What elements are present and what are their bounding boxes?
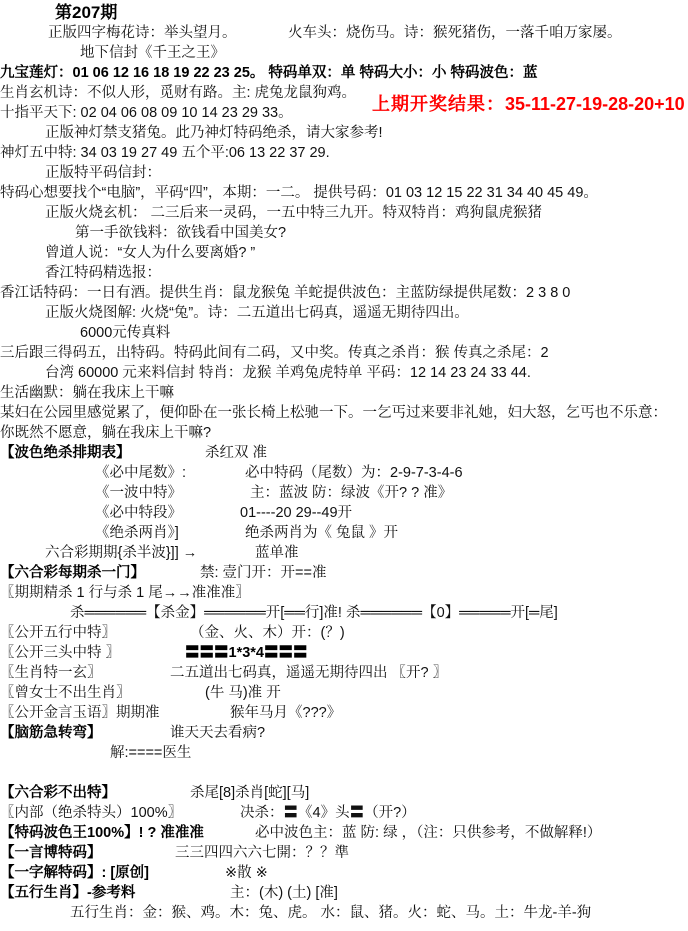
text-line [0, 763, 688, 783]
text-segment: 【五行生肖】-参考料 [0, 883, 135, 903]
text-segment: 主：蓝波 防：绿波《开? ? 准》 [250, 483, 452, 503]
text-line: 杀══════【杀金】══════开[══行]准! 杀══════【0】════… [0, 603, 688, 623]
text-segment: 绝杀两肖为《 兔鼠 》开 [245, 523, 398, 543]
text-segment: 《一波中特》 [95, 483, 182, 503]
text-line: 第207期 [0, 3, 688, 23]
text-segment: 必中特码（尾数）为：2-9-7-3-4-6 [245, 463, 463, 483]
text-line: 香江特码精选报： [0, 263, 688, 283]
text-segment: 〖公开三头中特 〗 [0, 643, 120, 663]
text-segment: 〖生肖特一玄〗 [0, 663, 102, 683]
text-segment: 某妇在公园里感觉累了，便仰卧在一张长椅上松驰一下。一乞丐过来要非礼她，妇大怒，乞… [0, 403, 667, 423]
text-line: 九宝莲灯：01 06 12 16 18 19 22 23 25。 特码单双：单 … [0, 63, 688, 83]
text-line: 正版四字梅花诗：举头望月。火车头：烧伤马。诗：猴死猪伤，一落千咱万家屡。 [0, 23, 688, 43]
text-segment: 曾道人说：“女人为什么要离婚? ” [45, 243, 255, 263]
text-line: 曾道人说：“女人为什么要离婚? ” [0, 243, 688, 263]
text-segment: 火车头：烧伤马。诗：猴死猪伤，一落千咱万家屡。 [288, 23, 622, 43]
text-line: 《必中尾数》:必中特码（尾数）为：2-9-7-3-4-6 [0, 463, 688, 483]
text-segment: 【波色绝杀排期表】 [0, 443, 131, 463]
text-segment: 二五道出七码真，遥遥无期待四出 〖开? 〗 [170, 663, 447, 683]
text-segment: 猴年马月《???》 [230, 703, 341, 723]
text-line: 生活幽默：躺在我床上干嘛 [0, 383, 688, 403]
text-line: 正版神灯禁支猪兔。此乃神灯特码绝杀，请大家参考! [0, 123, 688, 143]
text-segment: 【六合彩不出特】 [0, 783, 116, 803]
text-segment: 《必中特段》 [95, 503, 182, 523]
text-segment: （金、火、木）开：(？) [190, 623, 345, 643]
text-segment: 十指平天下: 02 04 06 08 09 10 14 23 29 33。 [0, 103, 293, 123]
text-segment: 【脑筋急转弯】 [0, 723, 102, 743]
text-line: 【一字解特码】: [原创]※散 ※ [0, 863, 688, 883]
text-line: 地下信封《千王之王》 [0, 43, 688, 63]
text-segment: 正版火烧图解: 火烧“兔”。诗：二五道出七码真，遥遥无期待四出。 [45, 303, 469, 323]
text-line: 〖内部（绝杀特头）100%〗决杀：〓《4》头〓（开?） [0, 803, 688, 823]
text-line: 【五行生肖】-参考料主：(木) (土) [准] [0, 883, 688, 903]
text-segment: 六合彩期期{杀半波}]] → [45, 543, 197, 563]
text-line: 6000元传真料 [0, 323, 688, 343]
last-draw-result-numbers: 35-11-27-19-28-20+10 [505, 94, 685, 114]
text-segment: 第一手欲钱料：欲钱看中国美女? [75, 223, 286, 243]
text-segment: ※散 ※ [225, 863, 268, 883]
text-segment: 第207期 [55, 3, 117, 23]
text-segment: 正版神灯禁支猪兔。此乃神灯特码绝杀，请大家参考! [45, 123, 383, 143]
text-segment: 正版火烧玄机： 二三后来一灵码，一五中特三九开。特双特肖：鸡狗鼠虎猴猪 [45, 203, 542, 223]
text-line: 【六合彩不出特】杀尾[8]杀肖[蛇][马] [0, 783, 688, 803]
text-line: 正版火烧玄机： 二三后来一灵码，一五中特三九开。特双特肖：鸡狗鼠虎猴猪 [0, 203, 688, 223]
text-segment: 〖曾女士不出生肖〗 [0, 683, 131, 703]
text-segment: 香江特码精选报： [45, 263, 161, 283]
text-line: 正版火烧图解: 火烧“兔”。诗：二五道出七码真，遥遥无期待四出。 [0, 303, 688, 323]
text-line: 特码心想要找个“电脑”，平码“四”，本期：一二。 提供号码：01 03 12 1… [0, 183, 688, 203]
text-line: 神灯五中特: 34 03 19 27 49 五个平:06 13 22 37 29… [0, 143, 688, 163]
text-segment: 禁: 壹门开：开==准 [200, 563, 327, 583]
text-segment: (牛 马)准 开 [205, 683, 281, 703]
text-segment: 神灯五中特: 34 03 19 27 49 五个平:06 13 22 37 29… [0, 143, 330, 163]
lottery-tip-sheet: 第207期正版四字梅花诗：举头望月。火车头：烧伤马。诗：猴死猪伤，一落千咱万家屡… [0, 0, 688, 931]
text-line: 正版特平码信封： [0, 163, 688, 183]
text-line: 〖曾女士不出生肖〗(牛 马)准 开 [0, 683, 688, 703]
text-segment: 〖内部（绝杀特头）100%〗 [0, 803, 182, 823]
text-line: 〖期期精杀 1 行与杀 1 尾→→准准准〗 [0, 583, 688, 603]
text-line: 某妇在公园里感觉累了，便仰卧在一张长椅上松驰一下。一乞丐过来要非礼她，妇大怒，乞… [0, 403, 688, 423]
text-line: 《必中特段》01----20 29--49开 [0, 503, 688, 523]
text-line: 【一言博特码】三三四四六六七開：？？準 [0, 843, 688, 863]
text-segment: 【特码波色王100%】! ? 准准准 [0, 823, 204, 843]
text-segment: 台湾 60000 元来料信封 特肖：龙猴 羊鸡兔虎特单 平码：12 14 23 … [45, 363, 531, 383]
text-line: 〖公开五行中特〗（金、火、木）开：(？) [0, 623, 688, 643]
text-segment: 杀══════【杀金】══════开[══行]准! 杀══════【0】════… [70, 603, 558, 623]
text-line: 香江话特码：一日有酒。提供生肖：鼠龙猴兔 羊蛇提供波色：主蓝防绿提供尾数：2 3… [0, 283, 688, 303]
text-segment: 【一字解特码】: [原创] [0, 863, 149, 883]
text-segment: 你既然不愿意，躺在我床上干嘛? [0, 423, 211, 443]
text-line: 【波色绝杀排期表】杀红双 准 [0, 443, 688, 463]
text-segment: 五行生肖：金：猴、鸡。木：兔、虎。 水：鼠、猪。火：蛇、马。土：牛龙-羊-狗 [70, 903, 591, 923]
text-line: 〖公开三头中特 〗〓〓〓1*3*4〓〓〓 [0, 643, 688, 663]
last-draw-result-label: 上期开奖结果： [372, 94, 505, 114]
text-segment: 生肖玄机诗：不似人形，觅财有路。主: 虎兔龙鼠狗鸡。 [0, 83, 356, 103]
text-line: 六合彩期期{杀半波}]] →蓝单准 [0, 543, 688, 563]
text-segment: 〖期期精杀 1 行与杀 1 尾→→准准准〗 [0, 583, 250, 603]
text-segment: 九宝莲灯：01 06 12 16 18 19 22 23 25。 特码单双：单 … [0, 63, 537, 83]
text-line: 三后跟三得码五，出特码。特码此间有二码，又中奖。传真之杀肖：猴 传真之杀尾：2 [0, 343, 688, 363]
text-line: 五行生肖：金：猴、鸡。木：兔、虎。 水：鼠、猪。火：蛇、马。土：牛龙-羊-狗 [0, 903, 688, 923]
text-segment: 〖公开五行中特〗 [0, 623, 116, 643]
text-segment: 杀尾[8]杀肖[蛇][马] [190, 783, 309, 803]
text-segment: 必中波色主：蓝 防: 绿 ，（注：只供参考，不做解释!） [255, 823, 601, 843]
text-segment: 【一言博特码】 [0, 843, 102, 863]
text-line: 《一波中特》主：蓝波 防：绿波《开? ? 准》 [0, 483, 688, 503]
text-line: 〖生肖特一玄〗二五道出七码真，遥遥无期待四出 〖开? 〗 [0, 663, 688, 683]
text-line: 【特码波色王100%】! ? 准准准必中波色主：蓝 防: 绿 ，（注：只供参考，… [0, 823, 688, 843]
last-draw-result: 上期开奖结果：35-11-27-19-28-20+10 [372, 90, 685, 116]
text-segment: 生活幽默：躺在我床上干嘛 [0, 383, 174, 403]
text-segment: 特码心想要找个“电脑”，平码“四”，本期：一二。 提供号码：01 03 12 1… [0, 183, 598, 203]
text-line: 台湾 60000 元来料信封 特肖：龙猴 羊鸡兔虎特单 平码：12 14 23 … [0, 363, 688, 383]
text-segment: 主：(木) (土) [准] [230, 883, 338, 903]
text-segment: 地下信封《千王之王》 [80, 43, 225, 63]
text-line: 【脑筋急转弯】谁天天去看病? [0, 723, 688, 743]
text-segment: 正版四字梅花诗：举头望月。 [48, 23, 237, 43]
text-line: 你既然不愿意，躺在我床上干嘛? [0, 423, 688, 443]
text-line: 解:====医生 [0, 743, 688, 763]
text-segment: 〖公开金言玉语〗期期准 [0, 703, 160, 723]
text-segment: 正版特平码信封： [45, 163, 161, 183]
text-segment: 香江话特码：一日有酒。提供生肖：鼠龙猴兔 羊蛇提供波色：主蓝防绿提供尾数：2 3… [0, 283, 570, 303]
text-line: 《绝杀两肖》]绝杀两肖为《 兔鼠 》开 [0, 523, 688, 543]
text-segment: 《必中尾数》: [95, 463, 186, 483]
text-segment: 6000元传真料 [80, 323, 170, 343]
text-segment: 蓝单准 [255, 543, 299, 563]
text-segment: 〓〓〓1*3*4〓〓〓 [185, 643, 307, 663]
text-line: 第一手欲钱料：欲钱看中国美女? [0, 223, 688, 243]
text-segment: 决杀：〓《4》头〓（开?） [240, 803, 416, 823]
text-segment: 三三四四六六七開：？？準 [175, 843, 349, 863]
text-segment: 三后跟三得码五，出特码。特码此间有二码，又中奖。传真之杀肖：猴 传真之杀尾：2 [0, 343, 549, 363]
text-line: 〖公开金言玉语〗期期准猴年马月《???》 [0, 703, 688, 723]
text-segment: 杀红双 准 [205, 443, 267, 463]
text-segment: 《绝杀两肖》] [95, 523, 179, 543]
text-segment: 谁天天去看病? [170, 723, 265, 743]
text-segment: 01----20 29--49开 [240, 503, 352, 523]
text-segment: 【六合彩每期杀一门】 [0, 563, 145, 583]
document-lines: 第207期正版四字梅花诗：举头望月。火车头：烧伤马。诗：猴死猪伤，一落千咱万家屡… [0, 3, 688, 923]
text-line: 【六合彩每期杀一门】禁: 壹门开：开==准 [0, 563, 688, 583]
text-segment: 解:====医生 [110, 743, 191, 763]
